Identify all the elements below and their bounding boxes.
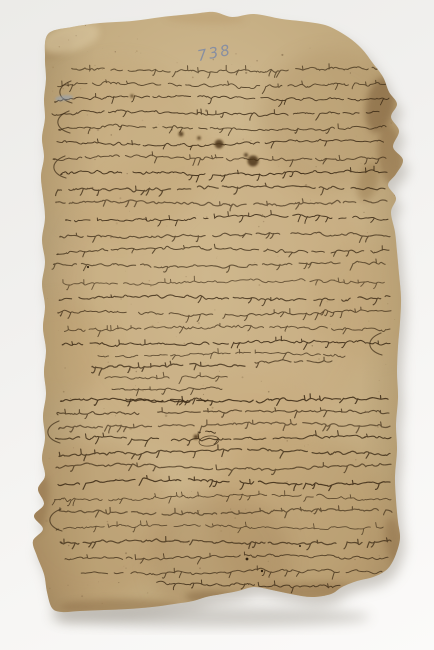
speckle <box>98 582 99 583</box>
speckle <box>330 324 331 325</box>
speckle <box>80 88 81 89</box>
speckle <box>183 343 185 345</box>
speckle <box>81 595 83 597</box>
speckle <box>135 385 136 386</box>
speckle <box>300 530 301 531</box>
speckle <box>115 51 116 52</box>
manuscript-photograph: 738 <box>0 0 434 650</box>
ink-blot <box>194 435 199 440</box>
speckle <box>136 50 138 52</box>
speckle <box>102 603 103 604</box>
speckle <box>268 561 269 562</box>
speckle <box>125 552 127 554</box>
speckle <box>127 173 128 174</box>
speckle <box>111 134 113 136</box>
speckle <box>342 529 343 530</box>
speckle <box>158 322 159 323</box>
speckle <box>130 369 131 370</box>
speckle <box>386 364 387 365</box>
speckle <box>315 166 316 167</box>
speckle <box>287 440 288 441</box>
speckle <box>214 309 215 310</box>
speckle <box>281 54 283 56</box>
speckle <box>137 39 138 40</box>
speckle <box>45 520 47 522</box>
speckle <box>63 391 65 393</box>
speckle <box>104 408 105 409</box>
speckle <box>94 65 95 66</box>
speckle <box>341 303 342 304</box>
speckle <box>287 481 288 482</box>
speckle <box>73 447 74 448</box>
speckle <box>379 380 380 381</box>
worm-hole <box>87 266 89 268</box>
speckle <box>136 371 138 373</box>
speckle <box>261 381 262 382</box>
speckle <box>251 140 252 141</box>
speckle <box>234 517 236 519</box>
speckle <box>199 343 200 344</box>
speckle <box>59 46 60 47</box>
speckle <box>230 509 231 510</box>
speckle <box>350 72 351 73</box>
worm-hole <box>299 545 301 547</box>
speckle <box>165 414 168 417</box>
speckle <box>258 284 260 286</box>
speckle <box>125 271 126 272</box>
ink-blot <box>130 94 133 97</box>
speckle <box>140 53 141 54</box>
speckle <box>363 212 364 213</box>
speckle <box>250 66 251 67</box>
speckle <box>266 541 267 542</box>
speckle <box>94 159 95 160</box>
speckle <box>254 262 255 263</box>
speckle <box>389 449 390 450</box>
speckle <box>129 211 130 212</box>
speckle <box>107 521 108 522</box>
corner-mark <box>27 49 32 59</box>
speckle <box>378 391 379 392</box>
speckle <box>277 256 278 257</box>
speckle <box>197 215 198 216</box>
speckle <box>149 280 151 282</box>
worm-hole <box>261 570 263 572</box>
ink-blot <box>197 136 201 140</box>
speckle <box>394 319 395 320</box>
speckle <box>387 303 388 304</box>
speckle <box>88 519 89 520</box>
speckle <box>211 440 212 441</box>
speckle <box>312 345 313 346</box>
speckle <box>120 298 121 299</box>
speckle <box>102 69 103 70</box>
speckle <box>149 181 150 182</box>
speckle <box>363 286 364 287</box>
speckle <box>68 545 70 547</box>
speckle <box>116 222 118 224</box>
speckle <box>53 254 54 255</box>
speckle <box>52 66 54 68</box>
speckle <box>52 91 53 92</box>
speckle <box>65 367 66 368</box>
speckle <box>119 478 120 479</box>
speckle <box>306 495 307 496</box>
speckle <box>360 163 361 164</box>
speckle <box>179 350 180 351</box>
speckle <box>318 358 320 360</box>
speckle <box>142 120 144 122</box>
speckle <box>391 474 392 475</box>
speckle <box>226 129 227 130</box>
speckle <box>367 232 368 233</box>
speckle <box>118 582 119 583</box>
speckle <box>217 256 218 257</box>
speckle <box>278 166 279 167</box>
speckle <box>119 36 120 37</box>
speckle <box>108 362 109 363</box>
speckle <box>308 444 309 445</box>
speckle <box>49 588 51 590</box>
speckle <box>185 276 186 277</box>
speckle <box>354 559 355 560</box>
speckle <box>372 156 373 157</box>
speckle <box>115 415 116 416</box>
speckle <box>247 334 248 335</box>
speckle <box>242 138 244 140</box>
speckle <box>290 492 291 493</box>
speckle <box>390 122 392 124</box>
speckle <box>351 234 352 235</box>
speckle <box>219 371 220 372</box>
speckle <box>176 336 177 337</box>
speckle <box>220 530 222 532</box>
speckle <box>396 166 397 167</box>
speckle <box>234 344 235 345</box>
speckle <box>67 585 68 586</box>
speckle <box>216 258 217 259</box>
speckle <box>47 298 48 299</box>
speckle <box>206 216 207 217</box>
speckle <box>206 362 207 363</box>
speckle <box>379 555 380 556</box>
speckle <box>176 178 177 179</box>
speckle <box>88 585 89 586</box>
speckle <box>85 25 86 26</box>
speckle <box>260 309 261 310</box>
speckle <box>106 433 107 434</box>
speckle <box>58 330 59 331</box>
speckle <box>263 221 264 222</box>
speckle <box>87 51 88 52</box>
speckle <box>234 469 235 470</box>
speckle <box>162 491 163 492</box>
speckle <box>202 385 203 386</box>
speckle <box>304 446 305 447</box>
speckle <box>242 376 244 378</box>
speckle <box>63 88 64 89</box>
speckle <box>222 462 223 463</box>
speckle <box>212 407 214 409</box>
speckle <box>135 52 136 53</box>
speckle <box>81 509 82 510</box>
speckle <box>119 197 121 199</box>
speckle <box>158 124 159 125</box>
speckle <box>355 459 356 460</box>
speckle <box>198 322 200 324</box>
speckle <box>384 585 385 586</box>
speckle <box>111 414 112 415</box>
stain <box>30 60 210 240</box>
speckle <box>105 159 106 160</box>
speckle <box>327 301 328 302</box>
speckle <box>161 239 162 240</box>
speckle <box>377 426 379 428</box>
speckle <box>310 200 311 201</box>
speckle <box>258 226 259 227</box>
speckle <box>125 568 126 569</box>
speckle <box>191 120 192 121</box>
speckle <box>177 62 178 63</box>
speckle <box>365 462 366 463</box>
speckle <box>130 235 131 236</box>
speckle <box>356 136 357 137</box>
speckle <box>68 39 69 40</box>
speckle <box>256 60 258 62</box>
speckle <box>123 566 124 567</box>
speckle <box>76 35 77 36</box>
speckle <box>231 64 232 65</box>
ink-blot <box>215 140 224 149</box>
speckle <box>199 567 201 569</box>
worm-hole <box>246 558 249 561</box>
speckle <box>203 394 204 395</box>
speckle <box>191 491 192 492</box>
speckle <box>394 195 395 196</box>
speckle <box>97 345 98 346</box>
speckle <box>131 304 132 305</box>
speckle <box>366 293 367 294</box>
ink-blot <box>244 153 248 157</box>
manuscript-page: 738 <box>0 0 434 650</box>
speckle <box>245 72 247 74</box>
speckle <box>147 191 148 192</box>
speckle <box>245 509 246 510</box>
speckle <box>325 559 326 560</box>
speckle <box>310 48 311 49</box>
speckle <box>344 603 345 604</box>
speckle <box>368 321 369 322</box>
speckle <box>48 458 50 460</box>
ink-blot <box>179 132 184 137</box>
speckle <box>228 250 229 251</box>
speckle <box>102 48 103 49</box>
speckle <box>273 128 274 129</box>
ink-blot <box>248 156 259 167</box>
speckle <box>142 390 144 392</box>
speckle <box>268 391 270 393</box>
speckle <box>166 225 167 226</box>
speckle <box>120 422 121 423</box>
speckle <box>232 420 234 422</box>
speckle <box>147 592 148 593</box>
speckle <box>192 77 194 79</box>
speckle <box>152 325 154 327</box>
speckle <box>394 603 396 605</box>
speckle <box>70 398 71 399</box>
speckle <box>262 214 263 215</box>
speckle <box>199 510 200 511</box>
speckle <box>320 16 321 17</box>
speckle <box>87 114 89 116</box>
speckle <box>235 53 237 55</box>
speckle <box>221 587 222 588</box>
